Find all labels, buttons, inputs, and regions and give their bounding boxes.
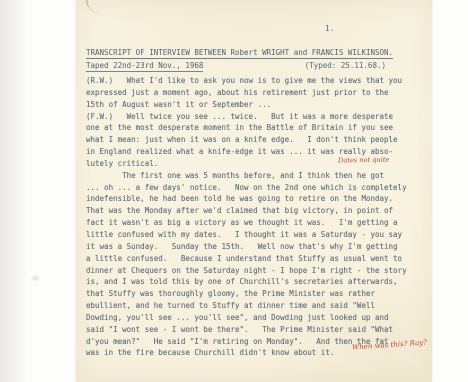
typescript-line: what I mean: just when it was on a knife… — [86, 134, 422, 146]
typescript-line: (R.W.) What I'd like to ask you now is t… — [86, 75, 422, 87]
scanner-edge-strip — [0, 0, 26, 382]
typed-date-note: (Typed: 25.11.68.) — [305, 61, 386, 72]
typescript-line: fact it wasn't as big a victory as we th… — [86, 217, 422, 229]
page-number: 1. — [325, 24, 335, 33]
typescript-line: indefensible, he had been told he was go… — [86, 193, 422, 205]
document-title: TRANSCRIPT OF INTERVIEW BETWEEN Robert W… — [86, 48, 393, 59]
typescript-line: is, and I was told this by one of Church… — [86, 276, 422, 288]
scan-viewport: 1. TRANSCRIPT OF INTERVIEW BETWEEN Rober… — [0, 0, 468, 382]
typescript-line: ... oh ... a few days' notice. Now on th… — [86, 182, 422, 194]
typescript-line: expressed just a moment ago, about his r… — [86, 87, 422, 99]
typescript-line: 15th of August wasn't it or September ..… — [86, 99, 422, 111]
typescript-line: a little confused. Because I understand … — [86, 253, 422, 265]
typescript-line: little confused with my dates. I thought… — [86, 229, 422, 241]
typescript-line: dinner at Chequers on the Saturday night… — [86, 265, 422, 277]
typescript-body: (R.W.) What I'd like to ask you now is t… — [86, 75, 422, 359]
typescript-line: That was the Monday after we'd claimed t… — [86, 205, 422, 217]
typescript-line: that Stuffy was thoroughly gloomy, the P… — [86, 288, 422, 300]
typescript-line: The first one was 5 months before, and I… — [86, 170, 422, 182]
typescript-line: (F.W.) Well twice you see ... twice. But… — [86, 111, 422, 123]
scan-smudge — [32, 276, 39, 280]
date-header-row: Taped 22nd-23rd Nov., 1968 (Typed: 25.11… — [86, 61, 386, 72]
typescript-line: ebullient, and he turned to Stuffy at di… — [86, 300, 422, 312]
taped-date-line: Taped 22nd-23rd Nov., 1968 — [86, 61, 203, 72]
typescript-line: Dowding, you'll see ... you'll see", and… — [86, 312, 422, 324]
typescript-line: it was a Sunday. Sunday the 15th. Well n… — [86, 241, 422, 253]
typescript-line: one at the most desperate moment in the … — [86, 122, 422, 134]
typescript-line: said "I wont see - I wont be there". The… — [86, 324, 422, 336]
handwritten-note-dates: Dates not quite — [338, 156, 389, 165]
